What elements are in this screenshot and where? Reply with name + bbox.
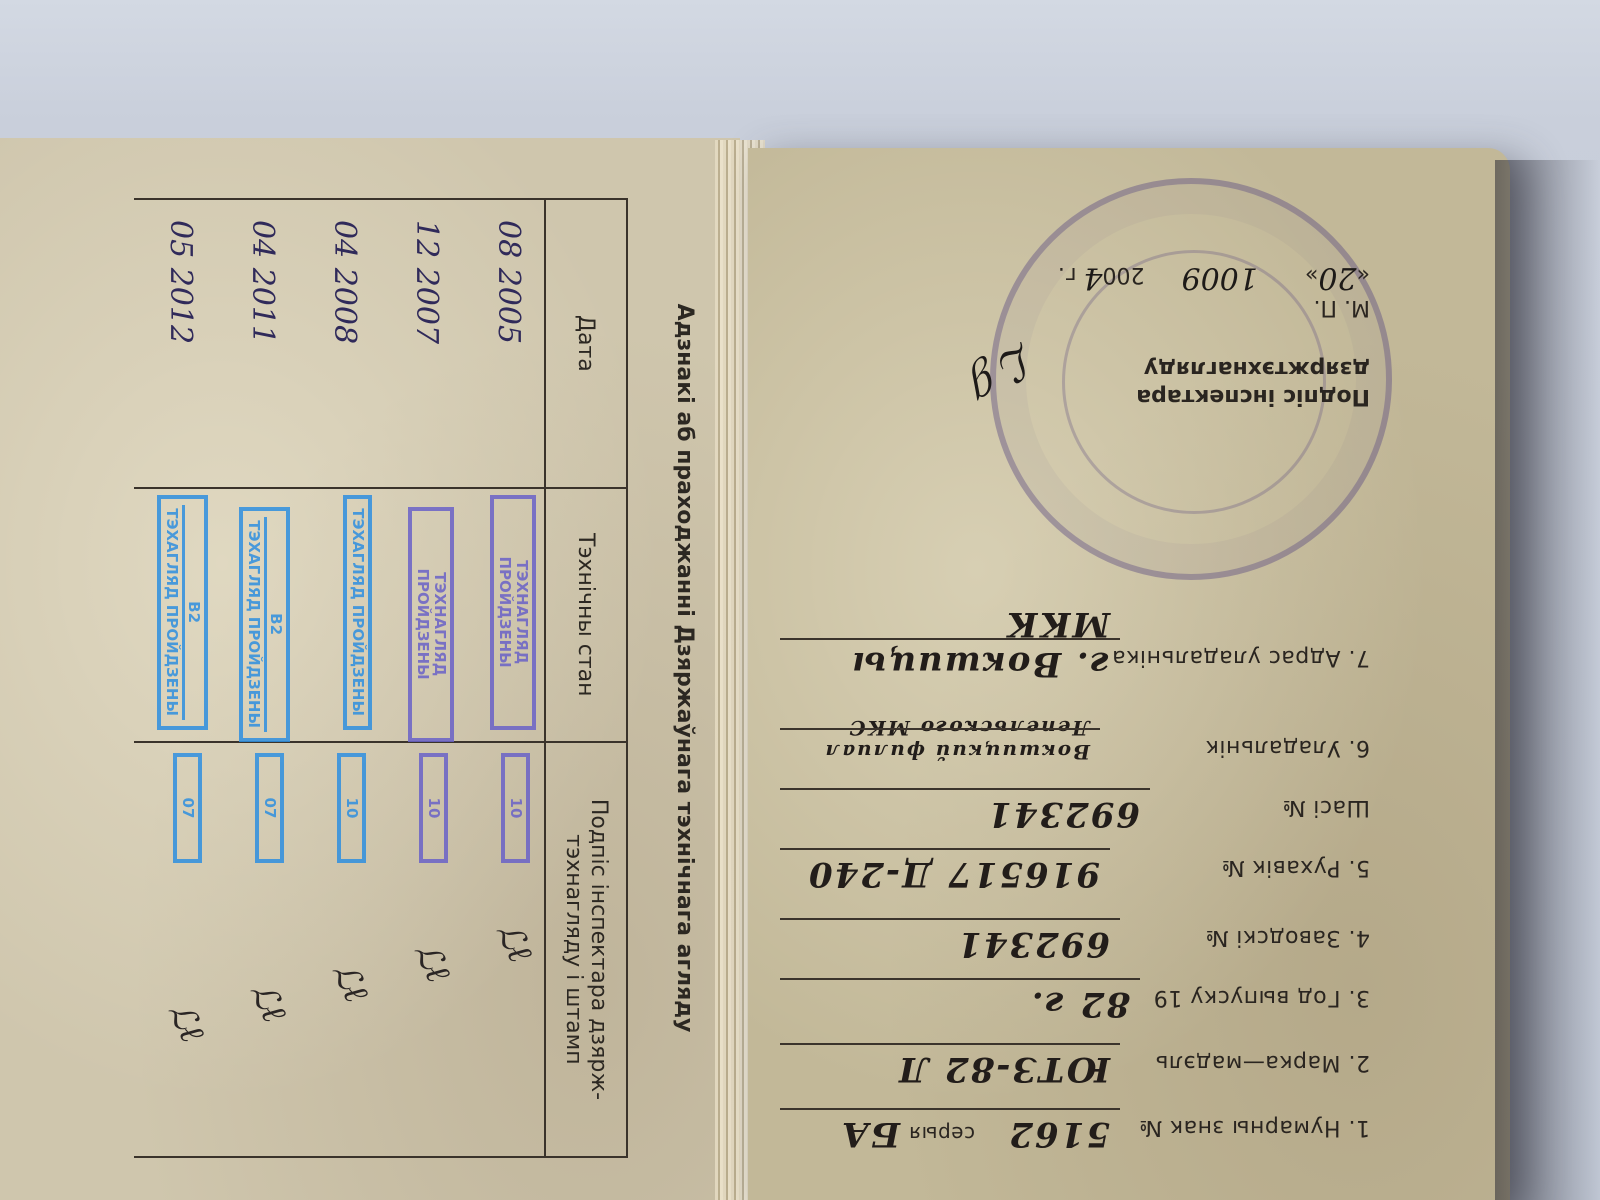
inspection-date: 08 2005 (462, 199, 545, 488)
inspector-signature: ℒℓ (488, 916, 541, 968)
stamp-text: ТЭХНАГЛЯД ПРОЙДЗЕНЫ (414, 569, 449, 680)
left-page: Адзнакі аб праходжанні Дзяржаўнага тэхні… (0, 138, 740, 1200)
field-value: 692341 (956, 924, 1110, 964)
technical-state: В2ТЭХАГЛЯД ПРОЙДЗЕНЫ (216, 488, 298, 742)
stamp-validity: 07 (255, 753, 284, 863)
inspector-signature: ℒℓ (324, 956, 377, 1008)
field-value: г. Вокшицы МКК (750, 604, 1110, 684)
inspection-passed-stamp: ТЭХАГЛЯД ПРОЙДЗЕНЫ (343, 495, 372, 730)
technical-state: В2ТЭХАГЛЯД ПРОЙДЗЕНЫ (134, 488, 216, 742)
date-text: 04 2008 (327, 220, 362, 344)
fill-in-line (780, 728, 1100, 730)
field-label: Шасі № (1282, 795, 1370, 820)
issue-date-day: 20 (1318, 260, 1356, 295)
series-label: серыя (909, 1122, 975, 1146)
stamp-validity: 07 (173, 753, 202, 863)
date-text: 04 2011 (245, 220, 280, 344)
stamp-text: ТЭХАГЛЯД ПРОЙДЗЕНЫ (349, 508, 367, 716)
issue-date-suffix: г. (1058, 262, 1077, 287)
inspection-date: 12 2007 (380, 199, 462, 488)
inspection-passed-stamp: ТЭХНАГЛЯД ПРОЙДЗЕНЫ (408, 507, 454, 742)
inspector-signature: ℒℓ (242, 976, 295, 1028)
inspection-title: Адзнакі аб праходжанні Дзяржаўнага тэхні… (668, 218, 700, 1118)
table-row: 12 2007ТЭХНАГЛЯД ПРОЙДЗЕНЫ10ℒℓ (380, 199, 462, 1157)
field-value: 5162 (1007, 1114, 1110, 1154)
field-value: Вокшицкий филиал Лепельского МКС (750, 716, 1090, 764)
inspector-signature-cell: 10ℒℓ (462, 742, 545, 1157)
inspection-passed-stamp: В2ТЭХАГЛЯД ПРОЙДЗЕНЫ (239, 507, 290, 742)
field-label: 1. Нумарны знак № (1138, 1115, 1370, 1140)
field-label: 5. Рухавік № (1221, 855, 1370, 880)
stamp-validity: 10 (337, 753, 366, 863)
column-header-date: Дата (545, 199, 627, 488)
fill-in-line (780, 978, 1140, 980)
stamp-text: ТЭХАГЛЯД ПРОЙДЗЕНЫ (245, 520, 263, 728)
vehicle-field: 7. Адрас уладальнікаг. Вокшицы МКК (750, 645, 1370, 670)
page-shadow (1495, 160, 1600, 1200)
vehicle-field: 4. Заводскі №692341 (750, 925, 1370, 950)
date-text: 08 2005 (491, 220, 526, 344)
field-value: 916517 Д-240 (807, 854, 1100, 894)
inspector-signature: ℒℓ (160, 996, 213, 1048)
field-label: 7. Адрас уладальніка (1112, 645, 1370, 670)
table-row: 04 2011В2ТЭХАГЛЯД ПРОЙДЗЕНЫ07ℒℓ (216, 199, 298, 1157)
vehicle-field: Шасі №692341 (750, 795, 1370, 820)
issue-date: «20» 1009 2004 г. (1058, 260, 1370, 295)
fill-in-line (780, 638, 1120, 640)
column-header-technical-state: Тэхнічны стан (545, 488, 627, 742)
inspection-table: Дата Тэхнічны стан Подпіс інспектара дзя… (134, 198, 628, 1158)
table-row: 04 2008ТЭХАГЛЯД ПРОЙДЗЕНЫ10ℒℓ (298, 199, 380, 1157)
table-row: 08 2005ТЭХНАГЛЯД ПРОЙДЗЕНЫ10ℒℓ (462, 199, 545, 1157)
stamp-code: В2 (264, 517, 284, 732)
field-value: 82 г. (1030, 984, 1130, 1024)
stamp-code: В2 (182, 505, 202, 720)
inspector-signature-cell: 07ℒℓ (134, 742, 216, 1157)
inspection-date: 05 2012 (134, 199, 216, 488)
fill-in-line (780, 788, 1150, 790)
vehicle-field: 5. Рухавік №916517 Д-240 (750, 855, 1370, 880)
field-value: ЮТЗ-82 Л (897, 1049, 1110, 1089)
field-value: 692341 (986, 794, 1140, 834)
stamp-text: ТЭХНАГЛЯД ПРОЙДЗЕНЫ (496, 557, 531, 668)
issue-date-year-prefix: 200 (1103, 262, 1145, 287)
stamp-validity: 10 (501, 753, 530, 863)
issue-date-year-suffix: 4 (1083, 260, 1102, 295)
series-value: БА (839, 1114, 900, 1154)
vehicle-details: 1. Нумарны знак №5162серыяБА2. Марка—мад… (748, 148, 1510, 1200)
stamp-validity: 10 (419, 753, 448, 863)
technical-state: ТЭХАГЛЯД ПРОЙДЗЕНЫ (298, 488, 380, 742)
inspector-signature: ℒℓ (406, 936, 459, 988)
inspector-signature-cell: 10ℒℓ (380, 742, 462, 1157)
inspection-passed-stamp: ТЭХНАГЛЯД ПРОЙДЗЕНЫ (490, 495, 536, 730)
seal-label: М. П. (1313, 295, 1370, 320)
right-page: 1. Нумарны знак №5162серыяБА2. Марка—мад… (748, 148, 1510, 1200)
field-label: 3. Год выпуску 19 (1153, 985, 1370, 1010)
fill-in-line (780, 1043, 1120, 1045)
stamp-text: ТЭХАГЛЯД ПРОЙДЗЕНЫ (163, 508, 181, 716)
vehicle-field: 1. Нумарны знак №5162серыяБА (750, 1115, 1370, 1140)
date-text: 12 2007 (409, 220, 444, 344)
issue-date-month: 1009 (1182, 260, 1258, 295)
vehicle-field: 6. УладальнікВокшицкий филиал Лепельског… (750, 735, 1370, 760)
date-text: 05 2012 (163, 220, 198, 344)
column-header-signature: Подпіс інспектара дзярж-тэхнагляду і шта… (545, 742, 627, 1157)
fill-in-line (780, 918, 1120, 920)
field-label: 4. Заводскі № (1205, 925, 1370, 950)
vehicle-field: 3. Год выпуску 1982 г. (750, 985, 1370, 1010)
fill-in-line (780, 1108, 1120, 1110)
technical-state: ТЭХНАГЛЯД ПРОЙДЗЕНЫ (462, 488, 545, 742)
field-label: 2. Марка—мадэль (1155, 1050, 1370, 1075)
vehicle-field: 2. Марка—мадэльЮТЗ-82 Л (750, 1050, 1370, 1075)
inspector-signature-cell: 07ℒℓ (216, 742, 298, 1157)
fill-in-line (780, 848, 1110, 850)
inspection-record: Адзнакі аб праходжанні Дзяржаўнага тэхні… (0, 138, 720, 1198)
table-row: 05 2012В2ТЭХАГЛЯД ПРОЙДЗЕНЫ07ℒℓ (134, 199, 216, 1157)
field-label: 6. Уладальнік (1205, 735, 1370, 760)
technical-state: ТЭХНАГЛЯД ПРОЙДЗЕНЫ (380, 488, 462, 742)
inspection-date: 04 2011 (216, 199, 298, 488)
inspection-date: 04 2008 (298, 199, 380, 488)
inspection-passed-stamp: В2ТЭХАГЛЯД ПРОЙДЗЕНЫ (157, 495, 208, 730)
inspector-signature-cell: 10ℒℓ (298, 742, 380, 1157)
